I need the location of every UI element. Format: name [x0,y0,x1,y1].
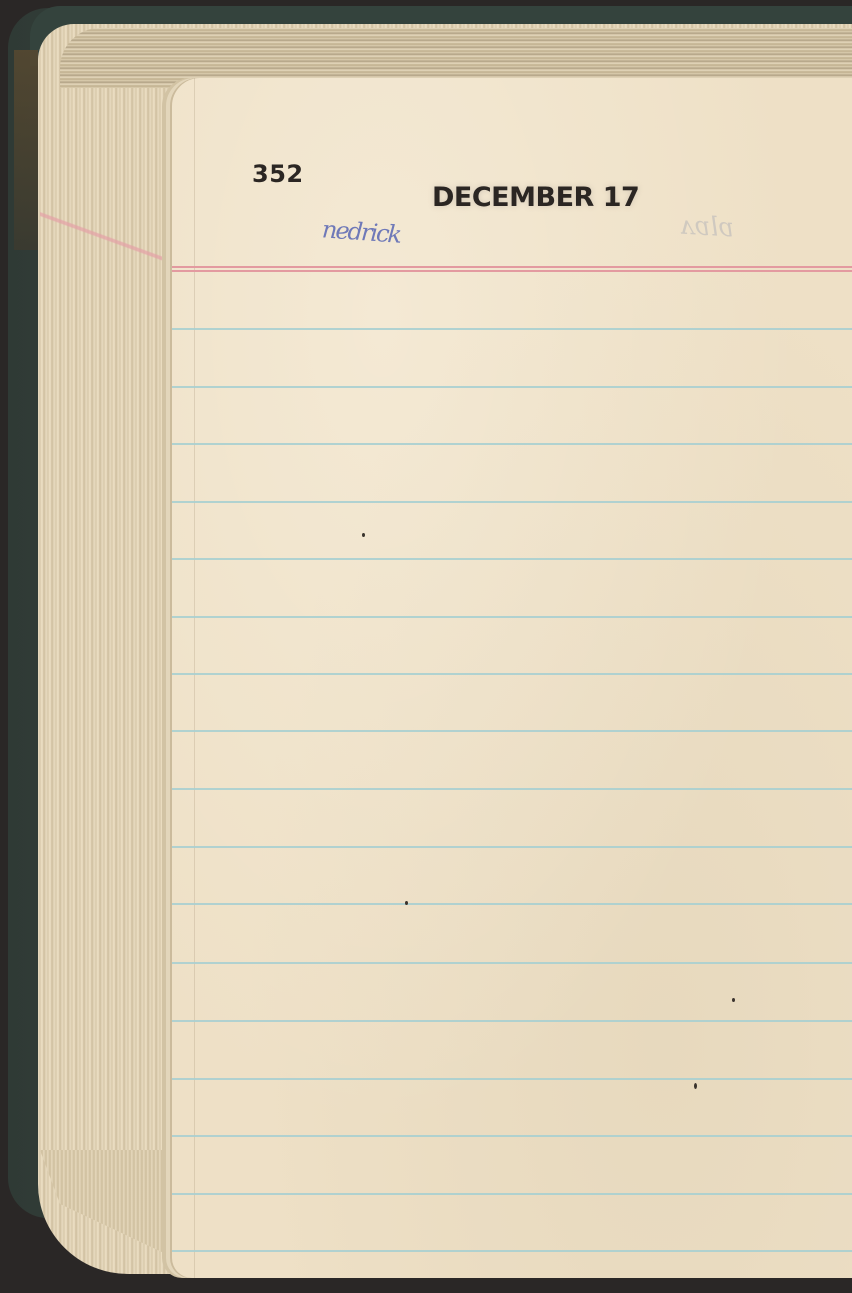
ruled-line [172,328,852,330]
paper-speck [362,533,365,537]
ruled-line [172,616,852,618]
ruled-line [172,788,852,790]
ruled-line [172,962,852,964]
ruled-line [172,730,852,732]
gutter-line [194,78,195,1278]
header-rule-top [172,266,852,268]
diary-page: 352 DECEMBER 17 nedrick ɐlɐᴧ [172,78,852,1278]
paper-speck [732,998,735,1002]
ruled-line [172,673,852,675]
paper-speck [405,901,408,905]
header-rule-bottom [172,270,852,272]
red-rule-on-page-edges [40,196,175,276]
ruled-line [172,903,852,905]
ruled-line [172,1020,852,1022]
page-number: 352 [252,160,304,188]
ruled-line [172,443,852,445]
date-heading: DECEMBER 17 [432,182,639,213]
ruled-line [172,1193,852,1195]
ruled-line [172,1135,852,1137]
ruled-line [172,501,852,503]
reverse-showthrough-text: ɐlɐᴧ [679,211,735,244]
handwritten-note: nedrick [321,215,401,248]
cover-wear-mark [14,50,38,250]
ruled-line [172,1250,852,1252]
ruled-line [172,846,852,848]
paper-speck [694,1083,697,1089]
ruled-line [172,386,852,388]
ruled-line [172,1078,852,1080]
ruled-line [172,558,852,560]
